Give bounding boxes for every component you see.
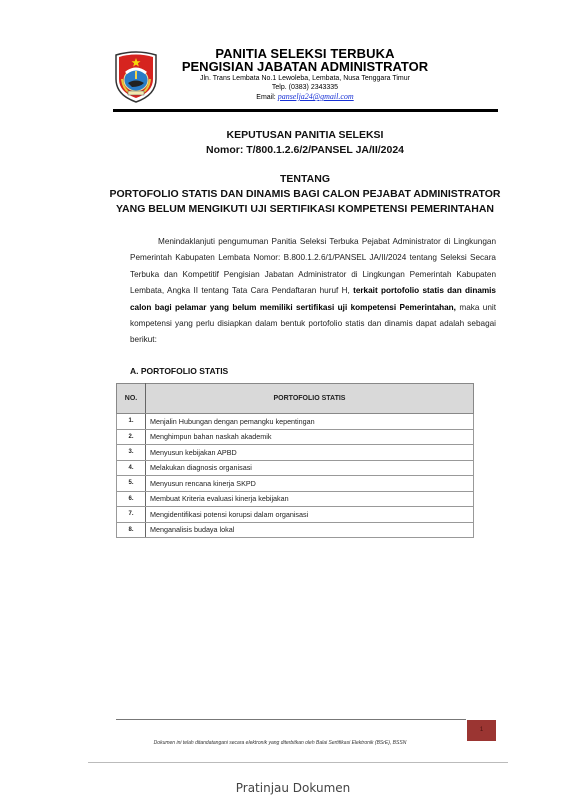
row-number: 5. — [117, 476, 146, 492]
letterhead: PANITIA SELEKSI TERBUKA PENGISIAN JABATA… — [160, 47, 450, 102]
regency-crest-icon — [113, 49, 159, 103]
row-number: 4. — [117, 460, 146, 476]
row-number: 2. — [117, 429, 146, 445]
email-link[interactable]: panselja24@gmail.com — [278, 92, 354, 101]
subject-line-2: YANG BELUM MENGIKUTI UJI SERTIFIKASI KOM… — [100, 202, 510, 217]
table-row: 8.Menganalisis budaya lokal — [117, 522, 474, 538]
footer-divider — [116, 719, 466, 720]
esignature-note: Dokumen ini telah ditandatangani secara … — [100, 740, 460, 746]
table-row: 2.Menghimpun bahan naskah akademik — [117, 429, 474, 445]
row-number: 6. — [117, 491, 146, 507]
row-portfolio-item: Menganalisis budaya lokal — [146, 522, 474, 538]
page-number-badge: 1 — [467, 720, 496, 741]
phone-text: Telp. (0383) 2343335 — [160, 84, 450, 92]
table-row: 1.Menjalin Hubungan dengan pemangku kepe… — [117, 414, 474, 430]
column-header-no: NO. — [117, 384, 146, 414]
document-preview-label: Pratinjau Dokumen — [0, 781, 586, 795]
row-portfolio-item: Menghimpun bahan naskah akademik — [146, 429, 474, 445]
decision-subject: TENTANG PORTOFOLIO STATIS DAN DINAMIS BA… — [100, 172, 510, 217]
table-row: 5.Menyusun rencana kinerja SKPD — [117, 476, 474, 492]
static-portfolio-table: NO. PORTOFOLIO STATIS 1.Menjalin Hubunga… — [116, 383, 474, 538]
section-a-title: A. PORTOFOLIO STATIS — [130, 366, 228, 376]
decision-number: Nomor: T/800.1.2.6/2/PANSEL JA/II/2024 — [100, 143, 510, 158]
row-portfolio-item: Menyusun kebijakan APBD — [146, 445, 474, 461]
email-line: Email: panselja24@gmail.com — [160, 92, 450, 102]
row-portfolio-item: Melakukan diagnosis organisasi — [146, 460, 474, 476]
viewer-divider — [88, 762, 508, 763]
row-number: 1. — [117, 414, 146, 430]
row-number: 7. — [117, 507, 146, 523]
table-row: 7.Mengidentifikasi potensi korupsi dalam… — [117, 507, 474, 523]
decision-heading: KEPUTUSAN PANITIA SELEKSI Nomor: T/800.1… — [100, 128, 510, 158]
row-number: 8. — [117, 522, 146, 538]
row-portfolio-item: Mengidentifikasi potensi korupsi dalam o… — [146, 507, 474, 523]
table-row: 4.Melakukan diagnosis organisasi — [117, 460, 474, 476]
address-text: Jln. Trans Lembata No.1 Lewoleba, Lembat… — [160, 75, 450, 83]
table-body: 1.Menjalin Hubungan dengan pemangku kepe… — [117, 414, 474, 538]
row-number: 3. — [117, 445, 146, 461]
subject-line-1: PORTOFOLIO STATIS DAN DINAMIS BAGI CALON… — [100, 187, 510, 202]
decision-title: KEPUTUSAN PANITIA SELEKSI — [100, 128, 510, 143]
about-label: TENTANG — [100, 172, 510, 187]
letterhead-divider — [113, 109, 498, 112]
column-header-portfolio: PORTOFOLIO STATIS — [146, 384, 474, 414]
table-row: 3.Menyusun kebijakan APBD — [117, 445, 474, 461]
row-portfolio-item: Membuat Kriteria evaluasi kinerja kebija… — [146, 491, 474, 507]
table-row: 6.Membuat Kriteria evaluasi kinerja kebi… — [117, 491, 474, 507]
body-paragraph: Menindaklanjuti pengumuman Panitia Selek… — [130, 234, 496, 349]
row-portfolio-item: Menyusun rencana kinerja SKPD — [146, 476, 474, 492]
row-portfolio-item: Menjalin Hubungan dengan pemangku kepent… — [146, 414, 474, 430]
table-header-row: NO. PORTOFOLIO STATIS — [117, 384, 474, 414]
committee-subtitle: PENGISIAN JABATAN ADMINISTRATOR — [160, 60, 450, 74]
email-label: Email: — [256, 94, 277, 101]
document-page: PANITIA SELEKSI TERBUKA PENGISIAN JABATA… — [0, 0, 586, 760]
